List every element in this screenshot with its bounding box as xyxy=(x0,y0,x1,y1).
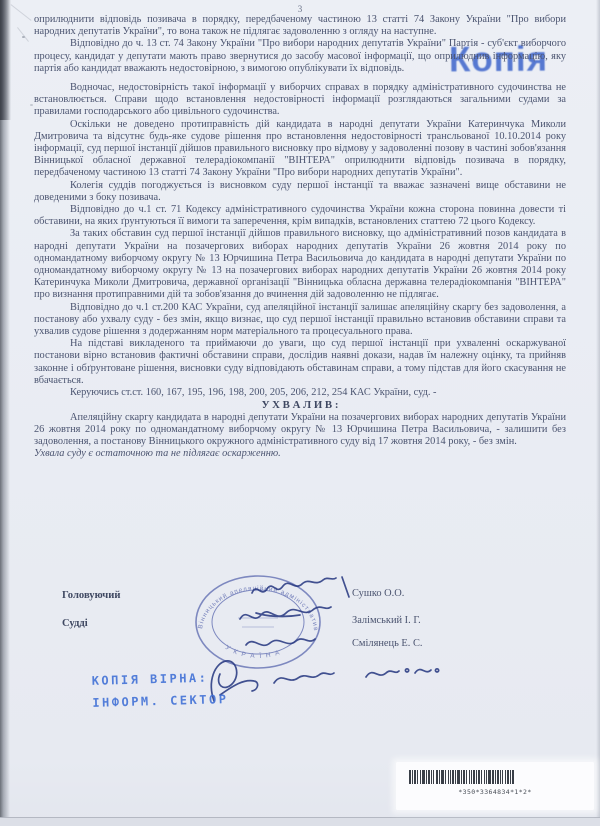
paragraph: Керуючись ст.ст. 160, 167, 195, 196, 198… xyxy=(34,387,566,399)
paragraph: Оскільки не доведено протиправність дій … xyxy=(34,119,566,180)
paragraph: оприлюднити відповідь позивача в порядку… xyxy=(34,14,566,38)
scan-right-edge-shadow xyxy=(596,0,600,826)
barcode-label: *350*3364834*1*2* xyxy=(396,762,594,810)
paragraph: Водночас, недостовірність такої інформац… xyxy=(34,82,566,119)
page-number: 3 xyxy=(0,4,600,14)
scan-scratch xyxy=(17,27,29,42)
scan-bottom-margin xyxy=(0,818,600,826)
presiding-judge-label: Головуючий xyxy=(62,590,120,601)
barcode-value: *350*3364834*1*2* xyxy=(396,788,594,796)
judges-label: Судді xyxy=(62,618,88,629)
paragraph: Відповідно до ч.1 ст.200 КАС України, су… xyxy=(34,302,566,339)
copy-certified-line2: ІНФОРМ. СЕКТОР xyxy=(92,688,229,714)
paragraph: За таких обставин суд першої інстанції д… xyxy=(34,228,566,301)
barcode-bars xyxy=(409,770,579,788)
scan-left-top-shadow xyxy=(0,0,14,120)
scan-left-edge-shadow xyxy=(0,0,10,826)
copy-certified-stamp: КОПІЯ ВІРНА: ІНФОРМ. СЕКТОР xyxy=(91,666,228,714)
paragraph: Відповідно до ч. 13 ст. 74 Закону Україн… xyxy=(34,38,566,75)
scanned-court-document-page: 3 Копія оприлюднити відповідь позивача в… xyxy=(0,0,600,826)
paragraph: На підставі викладеного та приймаючи до … xyxy=(34,338,566,387)
scan-speck xyxy=(30,104,33,106)
paragraph: Колегія суддів погоджується із висновком… xyxy=(34,180,566,204)
ruling-heading: У Х В А Л И В : xyxy=(34,399,566,411)
ruling-paragraph: Апеляційну скаргу кандидата в народні де… xyxy=(34,412,566,449)
final-note: Ухвала суду є остаточною та не підлягає … xyxy=(34,448,566,460)
document-body: оприлюднити відповідь позивача в порядку… xyxy=(34,14,566,460)
paragraph: Відповідно до ч.1 ст. 71 Кодексу адмініс… xyxy=(34,204,566,228)
scan-speck xyxy=(22,36,25,38)
